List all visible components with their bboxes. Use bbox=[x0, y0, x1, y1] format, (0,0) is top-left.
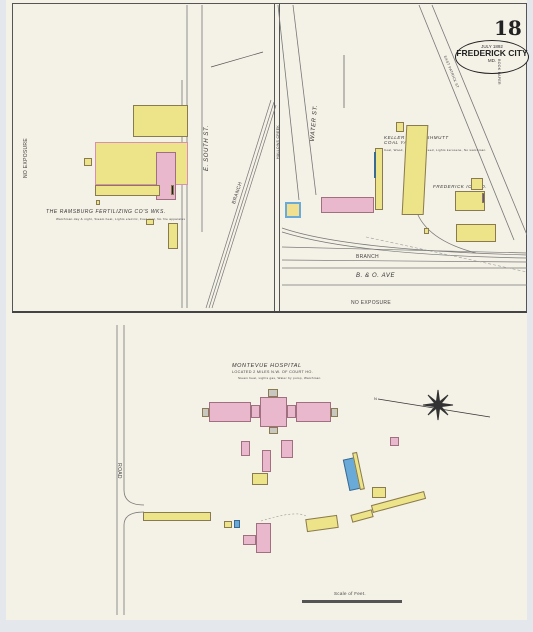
building-pink-row bbox=[321, 197, 374, 213]
building-small-shed bbox=[424, 228, 429, 234]
scale-label: Scale of Feet. bbox=[334, 591, 366, 596]
building-laundry bbox=[241, 441, 250, 456]
building-storage-south bbox=[95, 185, 160, 196]
book-paper-label: BOOK PAPER bbox=[497, 59, 501, 85]
building-small-2 bbox=[96, 200, 100, 205]
building-ice-house bbox=[455, 191, 485, 211]
building-coal-small bbox=[396, 122, 404, 132]
chimney bbox=[171, 185, 174, 195]
building-blue-strip bbox=[374, 152, 376, 178]
building-hospital-east-link bbox=[287, 405, 296, 418]
street-label-e-south: E. SOUTH ST. bbox=[204, 125, 210, 171]
rail-label-branch-right: BRANCH bbox=[356, 254, 379, 260]
company-label: THE RAMSBURG FERTILIZING CO'S WKS. bbox=[46, 209, 166, 215]
creek-label: HALLOWS CREEK bbox=[276, 125, 280, 159]
hospital-title: MONTEVUE HOSPITAL bbox=[232, 363, 302, 369]
building-ice-storage bbox=[456, 224, 496, 242]
map-sheet: 18 JULY 1892 FREDERICK CITY MD. bbox=[6, 0, 527, 620]
building-dairy bbox=[262, 450, 271, 472]
building-hospital-east-porch bbox=[331, 408, 338, 417]
building-small-blue bbox=[234, 520, 240, 528]
building-open-bearing-shed bbox=[143, 512, 211, 521]
building-carriage-ho bbox=[256, 523, 271, 553]
road-label: ROAD bbox=[116, 463, 122, 479]
building-small-1 bbox=[146, 219, 154, 225]
building-hospital-north-porch bbox=[268, 389, 278, 397]
building-upper-shed bbox=[372, 487, 386, 498]
building-storage-far bbox=[168, 223, 178, 249]
compass-label: N bbox=[374, 396, 377, 401]
building-dairy-annex bbox=[252, 473, 268, 485]
building-hospital-west-wing bbox=[209, 402, 251, 422]
coal-notes: Coal, Wood, Lime, Hay & Feed, Lights ker… bbox=[384, 148, 486, 152]
exposure-label: NO EXPOSURE bbox=[23, 138, 29, 178]
building-hospital-west-porch bbox=[202, 408, 209, 417]
building-blue-small bbox=[285, 202, 301, 218]
hospital-subtitle: LOCATED 2 MILES N.W. OF COURT HO. bbox=[232, 370, 313, 374]
building-storage-shed-north bbox=[133, 105, 188, 137]
building-boiler bbox=[281, 440, 293, 458]
building-ice-dark bbox=[482, 193, 485, 203]
building-ice-ho bbox=[390, 437, 399, 446]
building-carriage-annex bbox=[243, 535, 256, 545]
building-hospital-main bbox=[260, 397, 287, 427]
building-small-shed-1 bbox=[224, 521, 232, 528]
company-notes: Watchman day & night, Steam heat, Lights… bbox=[56, 217, 185, 221]
exposure-label-right: NO EXPOSURE bbox=[351, 300, 391, 306]
hospital-notes: Steam heat, Lights gas, Water by pump, W… bbox=[238, 376, 321, 380]
building-ice-upper bbox=[471, 178, 483, 190]
building-hospital-west-link bbox=[251, 405, 260, 418]
building-coal-pockets bbox=[402, 125, 429, 215]
building-hospital-east-wing bbox=[296, 402, 331, 422]
avenue-label-bo: B. & O. AVE bbox=[356, 273, 395, 279]
building-sheds-vertical bbox=[375, 148, 383, 210]
building-small-west bbox=[84, 158, 92, 166]
building-hospital-south-porch bbox=[269, 427, 278, 434]
